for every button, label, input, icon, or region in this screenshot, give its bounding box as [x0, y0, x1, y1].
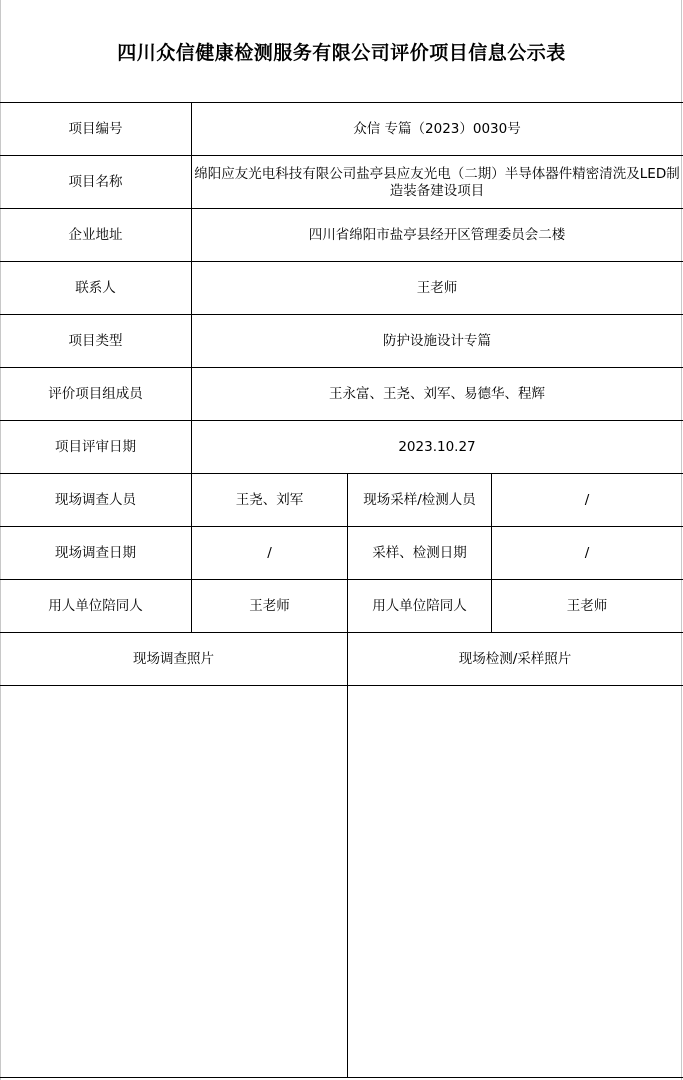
- project-type-value: 防护设施设计专篇: [192, 315, 682, 368]
- sampling-staff-label: 现场采样/检测人员: [348, 474, 491, 527]
- contact-value: 王老师: [192, 262, 682, 315]
- survey-photos-area: [0, 687, 347, 1077]
- page-title: 四川众信健康检测服务有限公司评价项目信息公示表: [0, 0, 683, 103]
- members-value: 王永富、王尧、刘军、易德华、程辉: [192, 368, 682, 421]
- survey-date-value: /: [192, 527, 347, 580]
- escort-label-2: 用人单位陪同人: [348, 580, 491, 633]
- review-date-value: 2023.10.27: [192, 421, 682, 474]
- escort-label: 用人单位陪同人: [0, 580, 191, 633]
- survey-staff-value: 王尧、刘军: [192, 474, 347, 527]
- escort-value-2: 王老师: [492, 580, 682, 633]
- sampling-photos-area: [349, 687, 682, 1077]
- review-date-label: 项目评审日期: [0, 421, 191, 474]
- sampling-photos-header: 现场检测/采样照片: [348, 633, 682, 686]
- sampling-staff-value: /: [492, 474, 682, 527]
- contact-label: 联系人: [0, 262, 191, 315]
- company-address-label: 企业地址: [0, 209, 191, 262]
- sampling-date-value: /: [492, 527, 682, 580]
- project-type-label: 项目类型: [0, 315, 191, 368]
- survey-date-label: 现场调查日期: [0, 527, 191, 580]
- project-name-value: 绵阳应友光电科技有限公司盐亭县应友光电（二期）半导体器件精密清洗及LED制造装备…: [192, 156, 682, 209]
- project-name-label: 项目名称: [0, 156, 191, 209]
- escort-value: 王老师: [192, 580, 347, 633]
- project-no-value: 众信 专篇（2023）0030号: [192, 103, 682, 156]
- sampling-date-label: 采样、检测日期: [348, 527, 491, 580]
- project-no-label: 项目编号: [0, 103, 191, 156]
- company-address-value: 四川省绵阳市盐亭县经开区管理委员会二楼: [192, 209, 682, 262]
- divider: [0, 1077, 683, 1078]
- survey-staff-label: 现场调查人员: [0, 474, 191, 527]
- members-label: 评价项目组成员: [0, 368, 191, 421]
- survey-photos-header: 现场调查照片: [0, 633, 347, 686]
